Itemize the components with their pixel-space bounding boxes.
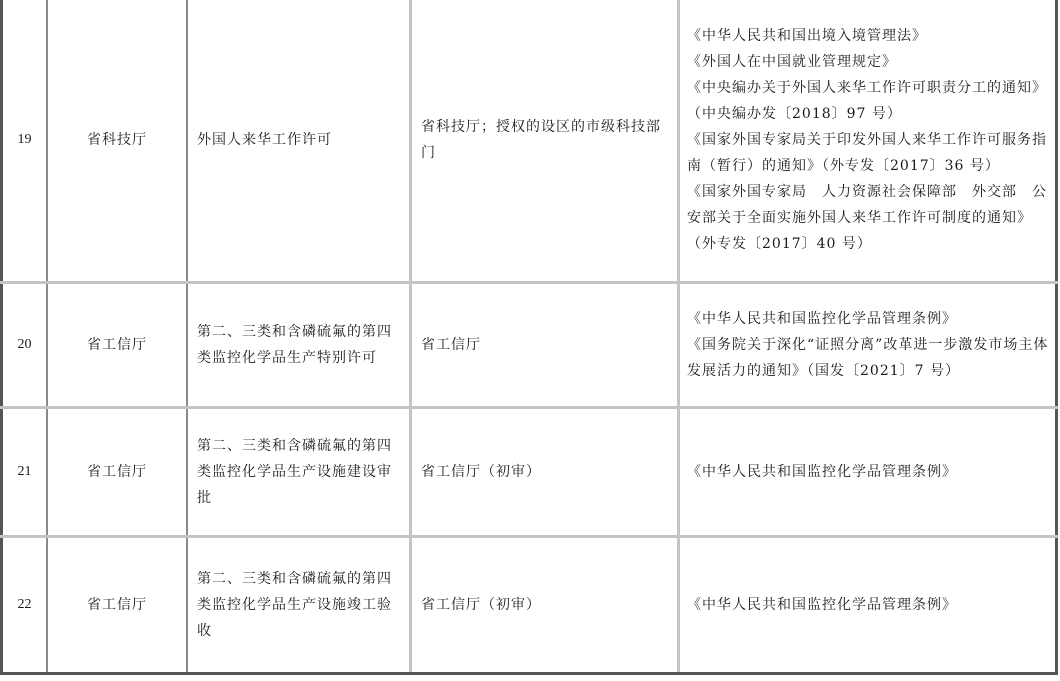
- authority-cell: 省工信厅: [411, 283, 679, 408]
- row-number: 20: [2, 283, 48, 408]
- legal-basis-line: 《国家外国专家局 人力资源社会保障部 外交部 公安部关于全面实施外国人来华工作许…: [687, 179, 1049, 257]
- item-name-cell: 第二、三类和含磷硫氟的第四类监控化学品生产设施竣工验收: [187, 537, 411, 674]
- department-cell: 省工信厅: [47, 408, 187, 537]
- authority-cell: 省工信厅（初审）: [411, 537, 679, 674]
- table-row: 20 省工信厅 第二、三类和含磷硫氟的第四类监控化学品生产特别许可 省工信厅 《…: [2, 283, 1057, 408]
- legal-basis-line: 《中华人民共和国监控化学品管理条例》: [687, 306, 1049, 332]
- item-name-cell: 第二、三类和含磷硫氟的第四类监控化学品生产特别许可: [187, 283, 411, 408]
- item-name-cell: 第二、三类和含磷硫氟的第四类监控化学品生产设施建设审批: [187, 408, 411, 537]
- legal-basis-cell: 《中华人民共和国出境入境管理法》 《外国人在中国就业管理规定》 《中央编办关于外…: [679, 0, 1057, 283]
- department-cell: 省工信厅: [47, 283, 187, 408]
- permit-table: 19 省科技厅 外国人来华工作许可 省科技厅；授权的设区的市级科技部门 《中华人…: [0, 0, 1058, 675]
- legal-basis-line: 《国务院关于深化“证照分离”改革进一步激发市场主体发展活力的通知》（国发〔202…: [687, 332, 1049, 384]
- legal-basis-line: 《中华人民共和国出境入境管理法》: [687, 23, 1049, 49]
- legal-basis-line: 《中华人民共和国监控化学品管理条例》: [687, 459, 1049, 485]
- department-cell: 省科技厅: [47, 0, 187, 283]
- table-row: 21 省工信厅 第二、三类和含磷硫氟的第四类监控化学品生产设施建设审批 省工信厅…: [2, 408, 1057, 537]
- legal-basis-line: 《外国人在中国就业管理规定》: [687, 49, 1049, 75]
- table-row: 22 省工信厅 第二、三类和含磷硫氟的第四类监控化学品生产设施竣工验收 省工信厅…: [2, 537, 1057, 674]
- authority-cell: 省工信厅（初审）: [411, 408, 679, 537]
- department-cell: 省工信厅: [47, 537, 187, 674]
- row-number: 19: [2, 0, 48, 283]
- legal-basis-line: 《中央编办关于外国人来华工作许可职责分工的通知》（中央编办发〔2018〕97 号…: [687, 75, 1049, 127]
- table-row: 19 省科技厅 外国人来华工作许可 省科技厅；授权的设区的市级科技部门 《中华人…: [2, 0, 1057, 283]
- legal-basis-line: 《国家外国专家局关于印发外国人来华工作许可服务指南（暂行）的通知》（外专发〔20…: [687, 127, 1049, 179]
- legal-basis-cell: 《中华人民共和国监控化学品管理条例》: [679, 408, 1057, 537]
- authority-cell: 省科技厅；授权的设区的市级科技部门: [411, 0, 679, 283]
- legal-basis-line: 《中华人民共和国监控化学品管理条例》: [687, 592, 1049, 618]
- legal-basis-cell: 《中华人民共和国监控化学品管理条例》: [679, 537, 1057, 674]
- row-number: 21: [2, 408, 48, 537]
- row-number: 22: [2, 537, 48, 674]
- legal-basis-cell: 《中华人民共和国监控化学品管理条例》 《国务院关于深化“证照分离”改革进一步激发…: [679, 283, 1057, 408]
- item-name-cell: 外国人来华工作许可: [187, 0, 411, 283]
